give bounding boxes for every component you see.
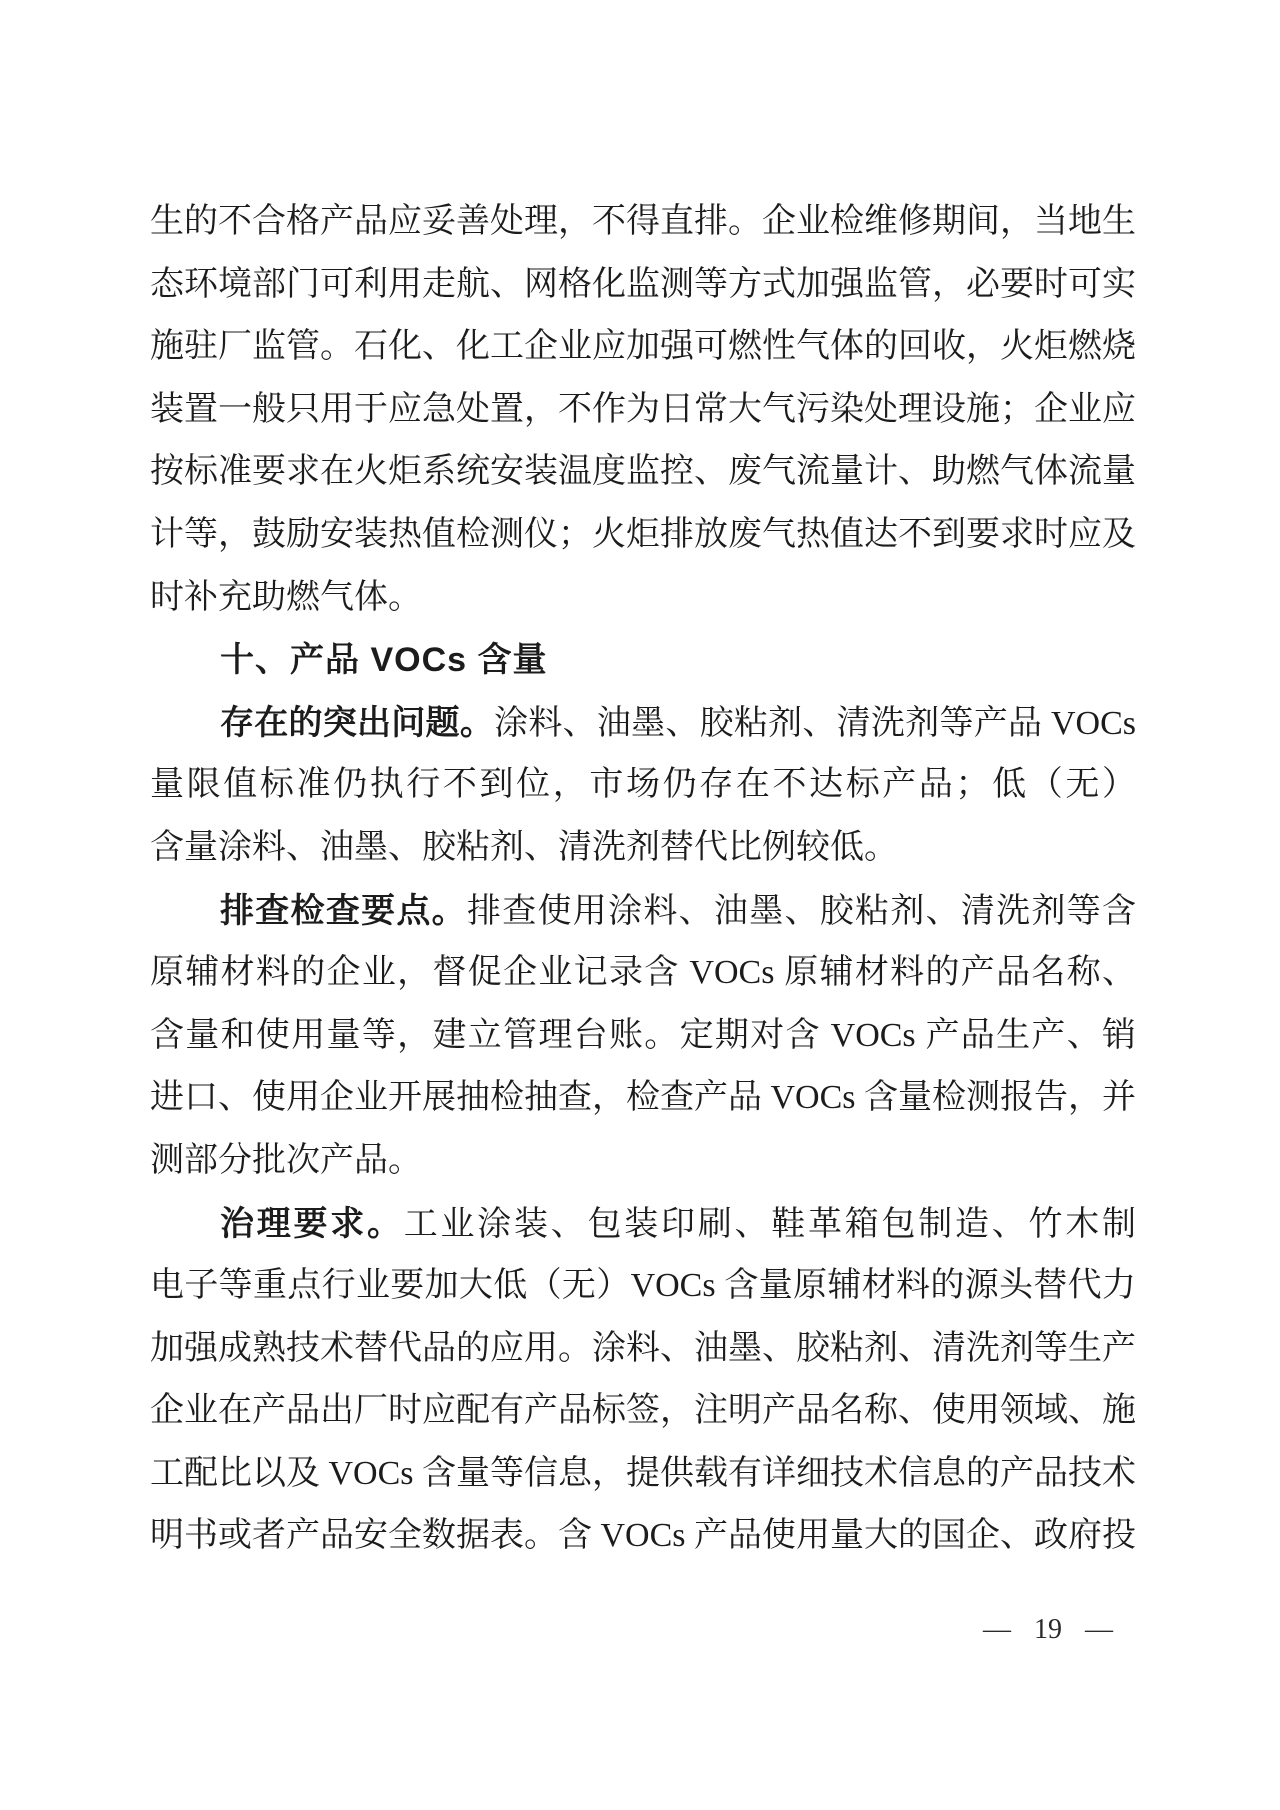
text-line: 装置一般只用于应急处置，不作为日常大气污染处理设施；企业应 — [150, 379, 1136, 442]
text-line: 量限值标准仍执行不到位，市场仍存在不达标产品；低（无）VOCs — [150, 754, 1136, 817]
text-line: 计等，鼓励安装热值检测仪；火炬排放废气热值达不到要求时应及 — [150, 504, 1136, 567]
text-line: 含量涂料、油墨、胶粘剂、清洗剂替代比例较低。 — [150, 817, 1136, 880]
text-line: 含量和使用量等，建立管理台账。定期对含 VOCs 产品生产、销售、 — [150, 1005, 1136, 1068]
text-line: 电子等重点行业要加大低（无）VOCs 含量原辅材料的源头替代力度， — [150, 1255, 1136, 1318]
bold-lead-label: 排查检查要点。 — [220, 892, 467, 930]
text-line: 治理要求。工业涂装、包装印刷、鞋革箱包制造、竹木制品、 — [150, 1193, 1136, 1256]
bold-lead-label: 存在的突出问题。 — [220, 704, 494, 742]
section-10-heading: 十、产品 VOCs 含量 — [150, 629, 1136, 692]
bold-lead-label: 治理要求。 — [220, 1205, 404, 1243]
text-line: 态环境部门可利用走航、网格化监测等方式加强监管，必要时可实 — [150, 254, 1136, 317]
text-line: 工配比以及 VOCs 含量等信息，提供载有详细技术信息的产品技术说 — [150, 1443, 1136, 1506]
text-line: 排查检查要点。排查使用涂料、油墨、胶粘剂、清洗剂等含 VOCs — [150, 880, 1136, 943]
text-line: 进口、使用企业开展抽检抽查，检查产品 VOCs 含量检测报告，并抽 — [150, 1067, 1136, 1130]
document-body: 生的不合格产品应妥善处理，不得直排。企业检维修期间，当地生态环境部门可利用走航、… — [150, 191, 1136, 1568]
text-line: 加强成熟技术替代品的应用。涂料、油墨、胶粘剂、清洗剂等生产 — [150, 1318, 1136, 1381]
text-line: 企业在产品出厂时应配有产品标签，注明产品名称、使用领域、施 — [150, 1380, 1136, 1443]
document-page: 生的不合格产品应妥善处理，不得直排。企业检维修期间，当地生态环境部门可利用走航、… — [0, 0, 1280, 1810]
text-line: 原辅材料的企业，督促企业记录含 VOCs 原辅材料的产品名称、VOCs — [150, 942, 1136, 1005]
page-number: — 19 — — [983, 1608, 1113, 1652]
text-line: 生的不合格产品应妥善处理，不得直排。企业检维修期间，当地生 — [150, 191, 1136, 254]
text-line: 施驻厂监管。石化、化工企业应加强可燃性气体的回收，火炬燃烧 — [150, 316, 1136, 379]
text-line: 存在的突出问题。涂料、油墨、胶粘剂、清洗剂等产品 VOCs 含 — [150, 692, 1136, 755]
text-line: 时补充助燃气体。 — [150, 567, 1136, 630]
text-line: 明书或者产品安全数据表。含 VOCs 产品使用量大的国企、政府投资 — [150, 1505, 1136, 1568]
text-line: 测部分批次产品。 — [150, 1130, 1136, 1193]
text-line: 按标准要求在火炬系统安装温度监控、废气流量计、助燃气体流量 — [150, 441, 1136, 504]
